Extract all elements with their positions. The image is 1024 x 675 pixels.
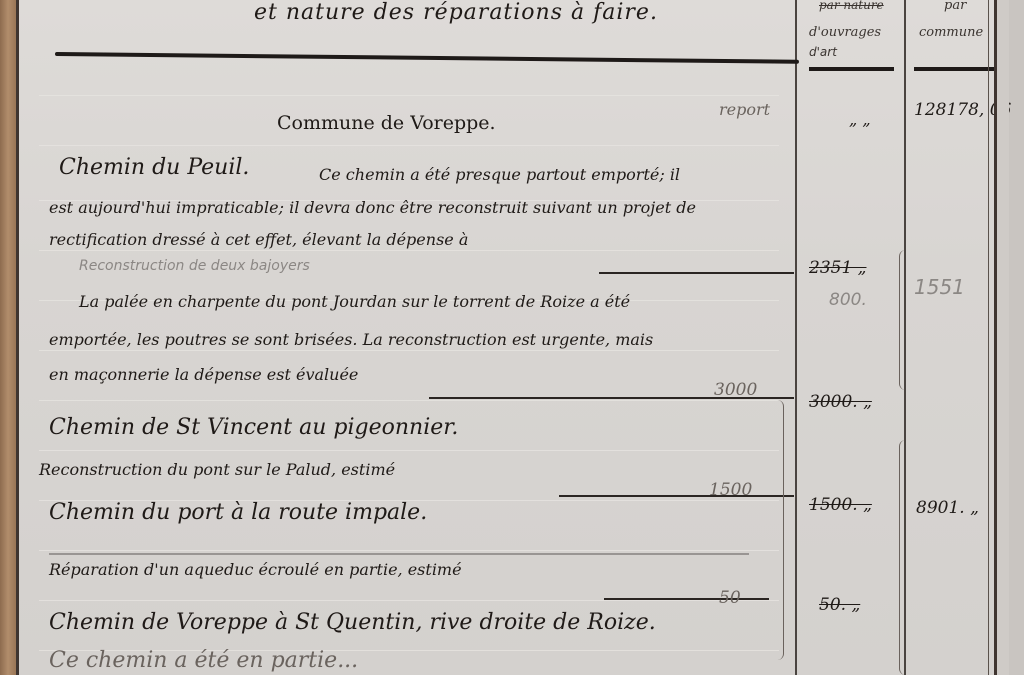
header-rule — [55, 52, 799, 64]
entry-4-line-1: Réparation d'un aqueduc écroulé en parti… — [49, 560, 462, 579]
entry-1-amount-col1-pencil: 800. — [829, 290, 867, 310]
entry-1-amount-col2-pencil: 1551 — [914, 275, 965, 299]
commune-title: Commune de Voreppe. — [277, 112, 496, 134]
entry-5-line-1: Ce chemin a été en partie... — [49, 648, 358, 673]
entry-2-line-1: La palée en charpente du pont Jourdan su… — [79, 292, 630, 311]
entry-2-amount-col1: 3000. „ — [809, 392, 872, 412]
column-header-par: par — [944, 0, 966, 13]
column-header-rule-1 — [809, 67, 894, 71]
column-header-nature-top: par nature — [819, 0, 884, 12]
book-binding — [0, 0, 16, 675]
entry-2-line-2: emportée, les poutres se sont brisées. L… — [49, 330, 653, 349]
column-header-art: d'art — [809, 45, 837, 59]
entry-1-amount-col1: 2351 „ — [809, 258, 866, 278]
entry-3-amount-inline: 1500 — [709, 480, 752, 500]
entry-2-amount-inline: 3000 — [714, 380, 757, 400]
entry-4-amount-inline: 50 — [719, 588, 741, 608]
header-title: et nature des réparations à faire. — [254, 0, 658, 25]
entry-4-heading: Chemin du port à la route impale. — [49, 500, 427, 525]
page-right-edge — [994, 0, 997, 675]
ledger-page: et nature des réparations à faire. par n… — [19, 0, 1009, 675]
entry-3-amount-col2: 8901. „ — [916, 498, 979, 518]
entry-3-amount-col1: 1500. „ — [809, 495, 872, 515]
entry-1-line-2: est aujourd'hui impraticable; il devra d… — [49, 198, 696, 217]
entry-5-heading: Chemin de Voreppe à St Quentin, rive dro… — [49, 610, 656, 635]
entry-3-heading: Chemin de St Vincent au pigeonnier. — [49, 415, 458, 440]
entry-1-line-1: Ce chemin a été presque partout emporté;… — [319, 165, 680, 184]
report-col1: „ „ — [849, 110, 871, 129]
column-header-commune: commune — [919, 25, 983, 40]
entry-3-line-1: Reconstruction du pont sur le Palud, est… — [39, 460, 395, 479]
entry-1-line-3: rectification dressé à cet effet, élevan… — [49, 230, 468, 249]
entry-4-amount-col1: 50. „ — [819, 595, 860, 615]
column-divider-1 — [795, 0, 797, 675]
column-header-ouvrages: d'ouvrages — [809, 25, 881, 40]
entry-2-line-3: en maçonnerie la dépense est évaluée — [49, 365, 358, 384]
entry-1-heading: Chemin du Peuil. — [59, 155, 249, 180]
entry-1-pencil-note: Reconstruction de deux bajoyers — [79, 258, 310, 274]
report-label: report — [719, 100, 770, 119]
